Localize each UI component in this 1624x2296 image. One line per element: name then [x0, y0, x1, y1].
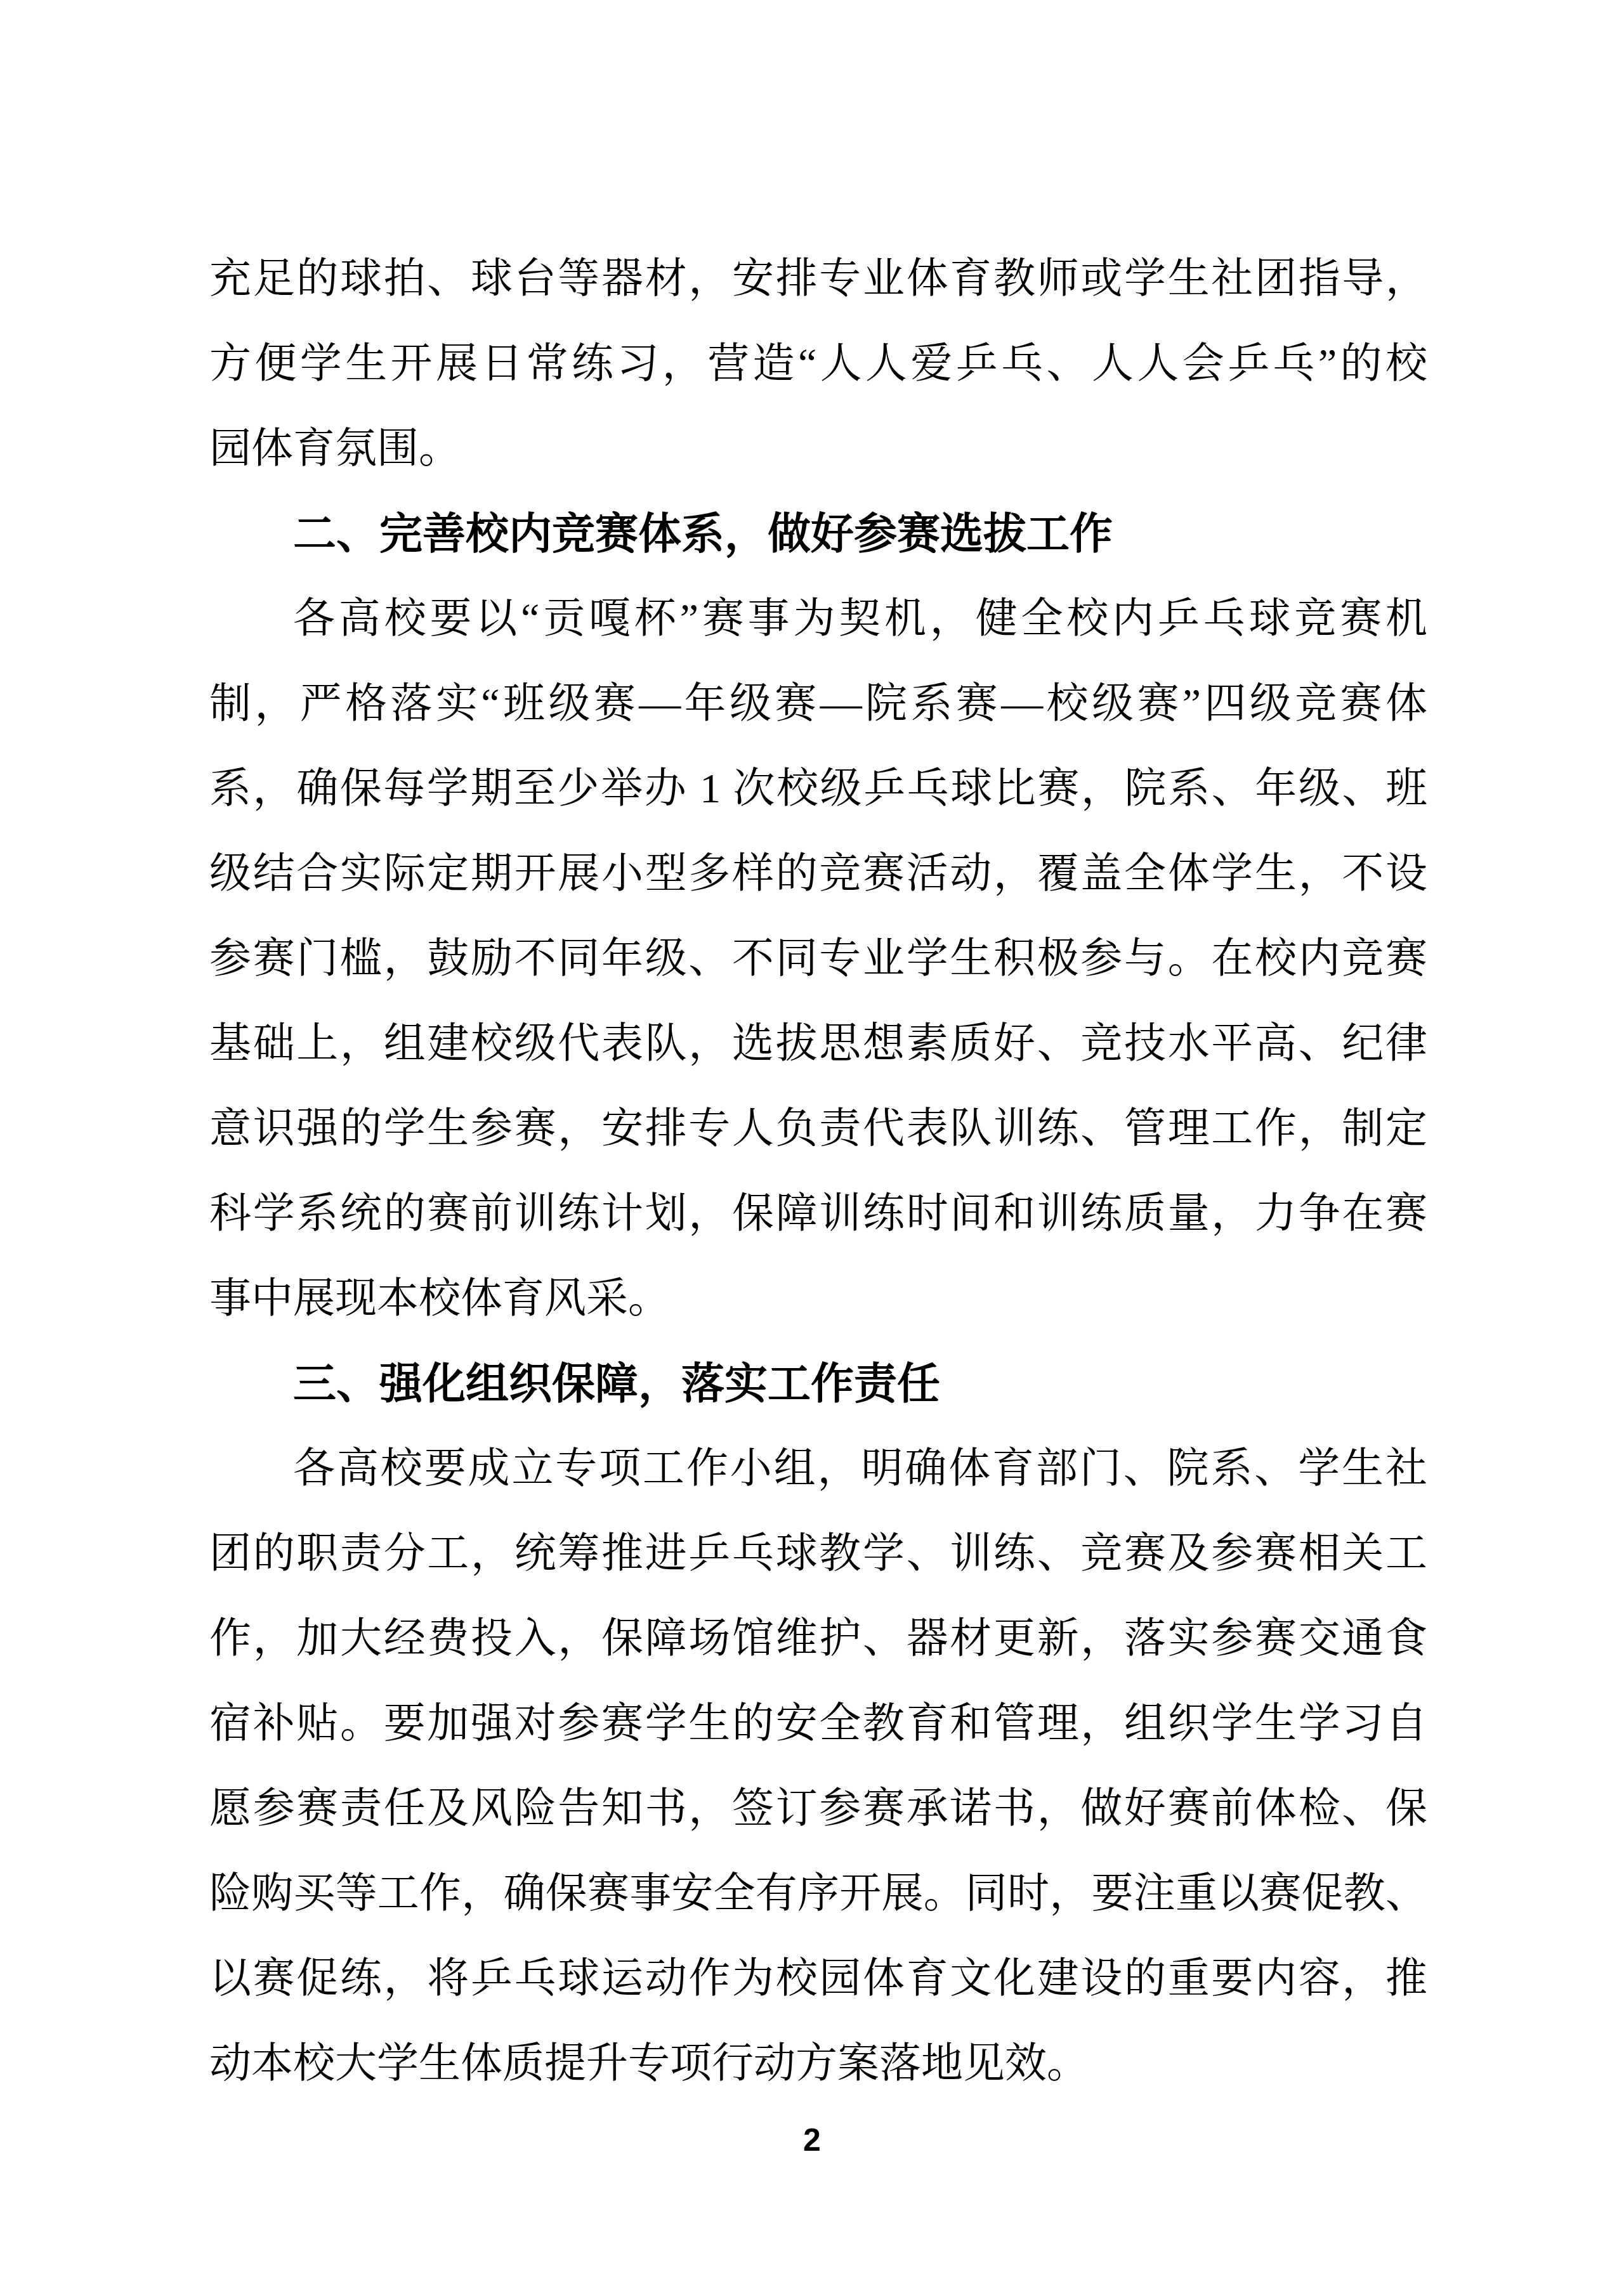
text-line: 愿参赛责任及风险告知书，签订参赛承诺书，做好赛前体检、保: [209, 1766, 1427, 1851]
section-heading: 二、完善校内竞赛体系，做好参赛选拔工作: [209, 492, 1427, 577]
text-line: 系，确保每学期至少举办 1 次校级乒乓球比赛，院系、年级、班: [209, 747, 1427, 832]
document-page: 充足的球拍、球台等器材，安排专业体育教师或学生社团指导，方便学生开展日常练习，营…: [0, 0, 1624, 2296]
text-line: 方便学生开展日常练习，营造“人人爱乒乓、人人会乒乓”的校: [209, 322, 1427, 407]
document-body: 充足的球拍、球台等器材，安排专业体育教师或学生社团指导，方便学生开展日常练习，营…: [209, 237, 1427, 2106]
text-line: 事中展现本校体育风采。: [209, 1256, 1427, 1341]
text-line: 参赛门槛，鼓励不同年级、不同专业学生积极参与。在校内竞赛: [209, 916, 1427, 1001]
text-line: 各高校要成立专项工作小组，明确体育部门、院系、学生社: [209, 1426, 1427, 1511]
text-line: 各高校要以“贡嘎杯”赛事为契机，健全校内乒乓球竞赛机: [209, 577, 1427, 662]
text-line: 充足的球拍、球台等器材，安排专业体育教师或学生社团指导，: [209, 237, 1427, 322]
text-line: 作，加大经费投入，保障场馆维护、器材更新，落实参赛交通食: [209, 1596, 1427, 1681]
text-line: 险购买等工作，确保赛事安全有序开展。同时，要注重以赛促教、: [209, 1851, 1427, 1936]
text-line: 级结合实际定期开展小型多样的竞赛活动，覆盖全体学生，不设: [209, 832, 1427, 916]
text-line: 园体育氛围。: [209, 407, 1427, 492]
text-line: 制，严格落实“班级赛—年级赛—院系赛—校级赛”四级竞赛体: [209, 662, 1427, 747]
text-line: 以赛促练，将乒乓球运动作为校园体育文化建设的重要内容，推: [209, 1936, 1427, 2021]
text-line: 宿补贴。要加强对参赛学生的安全教育和管理，组织学生学习自: [209, 1681, 1427, 1766]
text-line: 科学系统的赛前训练计划，保障训练时间和训练质量，力争在赛: [209, 1171, 1427, 1256]
text-line: 基础上，组建校级代表队，选拔思想素质好、竞技水平高、纪律: [209, 1001, 1427, 1086]
page-number: 2: [0, 2122, 1624, 2158]
text-line: 意识强的学生参赛，安排专人负责代表队训练、管理工作，制定: [209, 1086, 1427, 1171]
text-line: 动本校大学生体质提升专项行动方案落地见效。: [209, 2021, 1427, 2106]
section-heading: 三、强化组织保障，落实工作责任: [209, 1341, 1427, 1426]
text-line: 团的职责分工，统筹推进乒乓球教学、训练、竞赛及参赛相关工: [209, 1511, 1427, 1596]
